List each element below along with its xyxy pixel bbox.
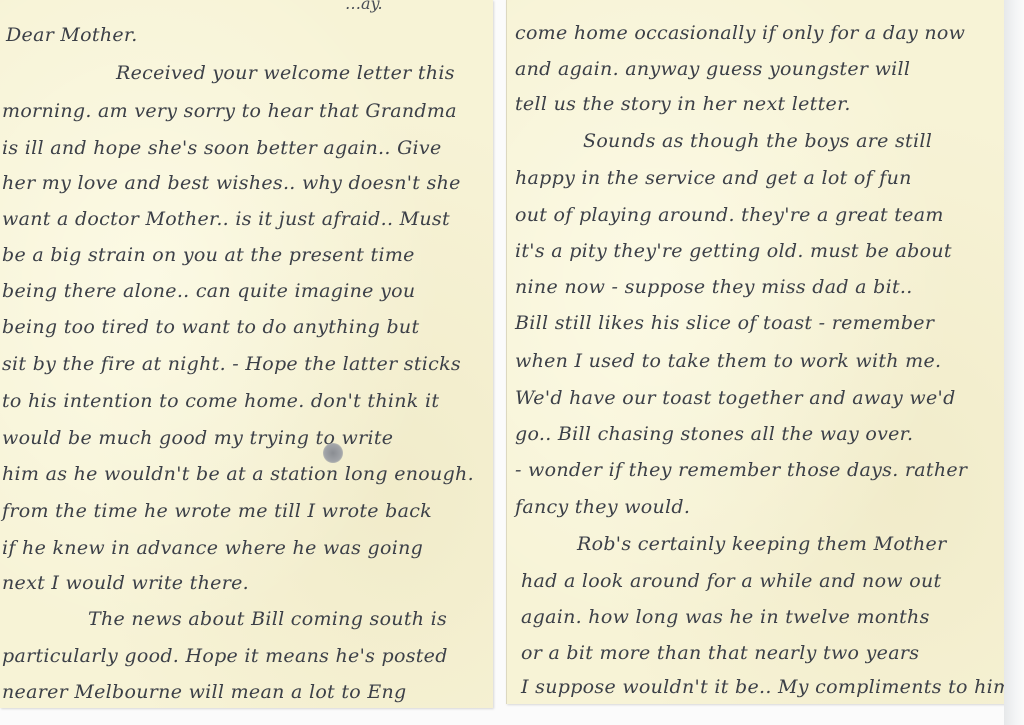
letter-page-left: …ay. Dear Mother. Received your welcome … (0, 0, 493, 708)
handwritten-line: had a look around for a while and now ou… (521, 570, 941, 592)
handwritten-line: her my love and best wishes.. why doesn'… (2, 172, 461, 194)
handwritten-line: nine now - suppose they miss dad a bit.. (515, 276, 913, 298)
handwritten-line: and again. anyway guess youngster will (515, 58, 910, 80)
handwritten-line: him as he wouldn't be at a station long … (2, 463, 474, 485)
handwritten-line: tell us the story in her next letter. (515, 93, 851, 115)
handwritten-line: or a bit more than that nearly two years (521, 642, 919, 664)
handwritten-line: Bill still likes his slice of toast - re… (515, 312, 934, 334)
page-top-mark: …ay. (345, 0, 383, 13)
handwritten-line: sit by the fire at night. - Hope the lat… (2, 353, 461, 375)
handwritten-line: Sounds as though the boys are still (583, 130, 932, 152)
scanned-letter: …ay. Dear Mother. Received your welcome … (0, 0, 1024, 725)
handwritten-line: from the time he wrote me till I wrote b… (2, 500, 432, 522)
handwritten-line: when I used to take them to work with me… (515, 350, 941, 372)
handwritten-line: go.. Bill chasing stones all the way ove… (515, 423, 913, 445)
handwritten-line: nearer Melbourne will mean a lot to Eng (2, 681, 407, 703)
salutation: Dear Mother. (6, 24, 138, 46)
handwritten-line: We'd have our toast together and away we… (515, 387, 956, 409)
handwritten-line: it's a pity they're getting old. must be… (515, 240, 952, 262)
handwritten-line: I suppose wouldn't it be.. My compliment… (521, 676, 1005, 698)
handwritten-line: fancy they would. (515, 496, 690, 518)
ink-blot (323, 443, 343, 463)
handwritten-line: out of playing around. they're a great t… (515, 204, 944, 226)
handwritten-line: is ill and hope she's soon better again.… (2, 137, 442, 159)
letter-page-right: come home occasionally if only for a day… (506, 0, 1005, 704)
handwritten-line: come home occasionally if only for a day… (515, 22, 965, 44)
handwritten-line: next I would write there. (2, 572, 249, 594)
handwritten-line: happy in the service and get a lot of fu… (515, 167, 912, 189)
handwritten-line: - wonder if they remember those days. ra… (515, 459, 967, 481)
handwritten-line: want a doctor Mother.. is it just afraid… (2, 208, 450, 230)
handwritten-line: The news about Bill coming south is (88, 608, 447, 630)
handwritten-line: being too tired to want to do anything b… (2, 316, 419, 338)
handwritten-line: particularly good. Hope it means he's po… (2, 645, 448, 667)
handwritten-line: Received your welcome letter this (116, 62, 455, 84)
handwritten-line: to his intention to come home. don't thi… (2, 390, 439, 412)
handwritten-line: again. how long was he in twelve months (521, 606, 930, 628)
handwritten-line: be a big strain on you at the present ti… (2, 244, 415, 266)
handwritten-line: morning. am very sorry to hear that Gran… (2, 100, 457, 122)
handwritten-line: if he knew in advance where he was going (2, 537, 423, 559)
handwritten-line: Rob's certainly keeping them Mother (577, 533, 946, 555)
scanner-edge (1004, 0, 1024, 725)
handwritten-line: being there alone.. can quite imagine yo… (2, 280, 415, 302)
